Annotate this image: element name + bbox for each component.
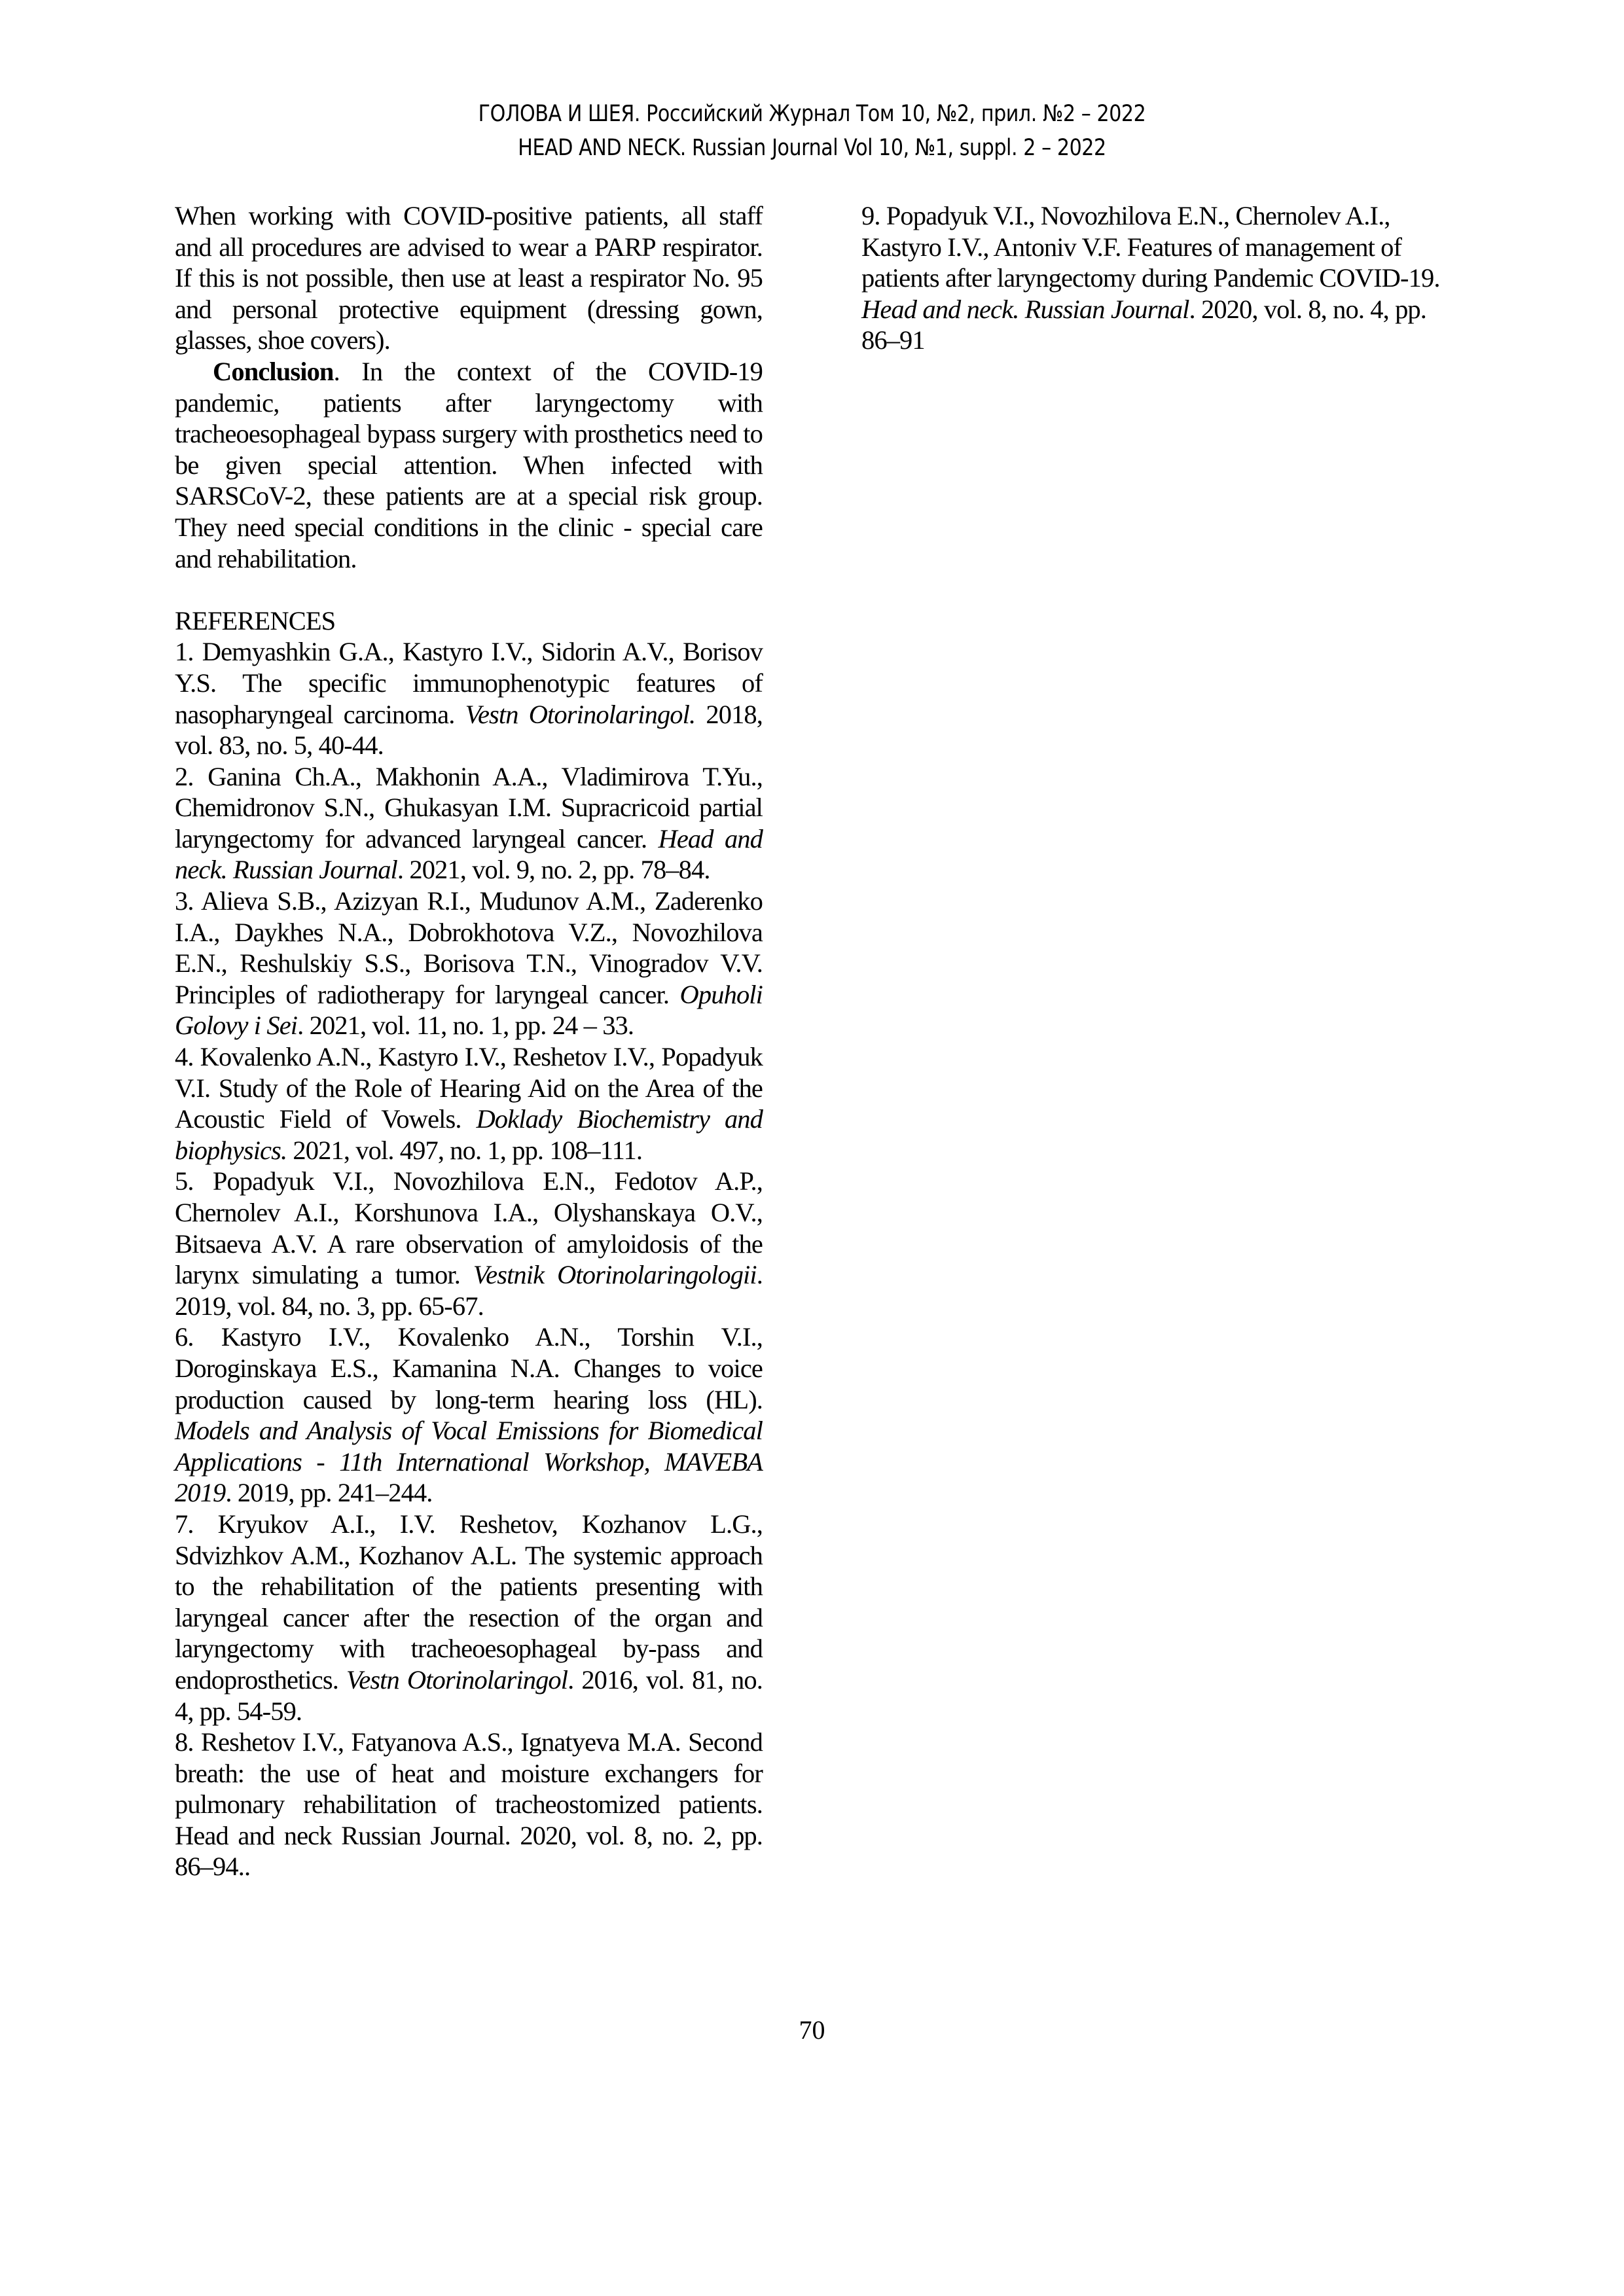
reference-number: 6. xyxy=(175,1322,194,1352)
reference-journal: Vestn Otorinolaringol xyxy=(346,1665,568,1695)
reference-authors-title: Kastyro I.V., Kovalenko A.N., Torshin V.… xyxy=(175,1322,763,1414)
reference-number: 3. xyxy=(175,886,194,916)
reference-item-7: 7. Kryukov A.I., I.V. Reshetov, Kozhanov… xyxy=(175,1509,763,1727)
section-gap xyxy=(175,574,763,605)
reference-item-3: 3. Alieva S.B., Azizyan R.I., Mudunov A.… xyxy=(175,886,763,1041)
reference-journal: Head and neck. Russian Journal xyxy=(861,295,1189,324)
reference-details: . 2021, vol. 11, no. 1, pp. 24 – 33. xyxy=(297,1011,634,1040)
header-line-russian: ГОЛОВА И ШЕЯ. Российский Журнал Том 10, … xyxy=(114,97,1511,131)
reference-item-4: 4. Kovalenko A.N., Kastyro I.V., Resheto… xyxy=(175,1041,763,1166)
reference-number: 5. xyxy=(175,1166,194,1196)
reference-details: . 2021, vol. 9, no. 2, pp. 78–84. xyxy=(397,855,710,884)
reference-journal: Vestnik Otorinolaringologii xyxy=(473,1260,757,1289)
conclusion-text: . In the context of the COVID-19 pandemi… xyxy=(175,357,763,573)
running-header: ГОЛОВА И ШЕЯ. Российский Журнал Том 10, … xyxy=(114,97,1511,165)
reference-number: 8. xyxy=(175,1727,194,1757)
reference-number: 9. xyxy=(861,201,880,230)
reference-number: 7. xyxy=(175,1509,194,1539)
reference-item-1: 1. Demyashkin G.A., Kastyro I.V., Sidori… xyxy=(175,636,763,761)
reference-authors-title: Reshetov I.V., Fatyanova A.S., Ignatyeva… xyxy=(175,1727,763,1881)
conclusion-paragraph: Conclusion. In the context of the COVID-… xyxy=(175,356,763,574)
reference-item-5: 5. Popadyuk V.I., Novozhilova E.N., Fedo… xyxy=(175,1166,763,1321)
reference-authors-title: Alieva S.B., Azizyan R.I., Mudunov A.M.,… xyxy=(175,886,763,1009)
reference-number: 1. xyxy=(175,637,194,666)
reference-number: 2. xyxy=(175,762,194,791)
reference-details: 2021, vol. 497, no. 1, pp. 108–111. xyxy=(287,1136,642,1165)
reference-authors-title: Popadyuk V.I., Novozhilova E.N., Chernol… xyxy=(861,201,1440,293)
reference-item-8: 8. Reshetov I.V., Fatyanova A.S., Ignaty… xyxy=(175,1727,763,1882)
reference-item-2: 2. Ganina Ch.A., Makhonin A.A., Vladimir… xyxy=(175,761,763,886)
left-column: When working with COVID-positive patient… xyxy=(175,200,763,1882)
references-heading: REFERENCES xyxy=(175,605,763,637)
reference-item-9: 9. Popadyuk V.I., Novozhilova E.N., Cher… xyxy=(861,200,1456,356)
body-paragraph: When working with COVID-positive patient… xyxy=(175,200,763,356)
reference-details: . 2019, pp. 241–244. xyxy=(225,1478,432,1507)
reference-item-6: 6. Kastyro I.V., Kovalenko A.N., Torshin… xyxy=(175,1321,763,1509)
conclusion-label: Conclusion xyxy=(213,357,334,386)
page-number: 70 xyxy=(0,2015,1624,2045)
header-line-english: HEAD AND NECK. Russian Journal Vol 10, №… xyxy=(114,131,1511,165)
reference-number: 4. xyxy=(175,1042,194,1071)
reference-journal: Vestn Otorinolaringol. xyxy=(465,700,696,729)
right-column: 9. Popadyuk V.I., Novozhilova E.N., Cher… xyxy=(861,200,1456,356)
